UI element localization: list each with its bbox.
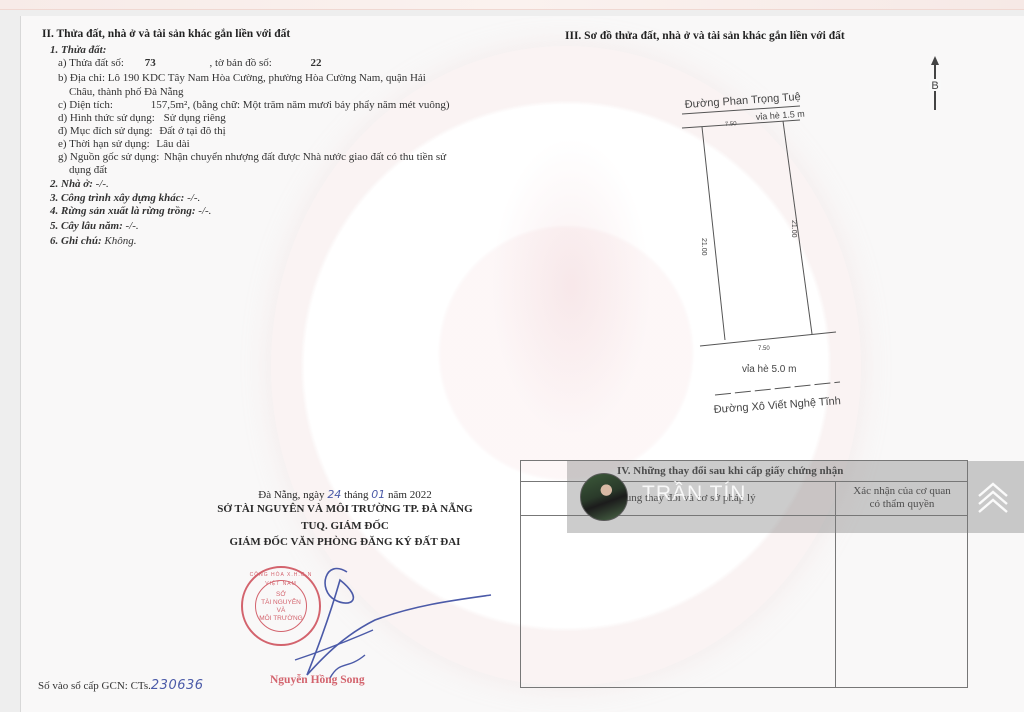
dim-right-label: 21.00 bbox=[790, 220, 797, 238]
term-label: e) Thời hạn sử dụng: bbox=[58, 138, 150, 150]
note-value: Không. bbox=[104, 235, 136, 247]
perennial-row: 5. Cây lâu năm: -/-. bbox=[50, 220, 139, 232]
term-row: e) Thời hạn sử dụng: Lâu dài bbox=[58, 138, 190, 150]
house-label: 2. Nhà ở: bbox=[50, 178, 93, 190]
other-construction-row: 3. Công trình xây dựng khác: -/-. bbox=[50, 192, 200, 204]
land-heading: 1. Thửa đất: bbox=[50, 44, 106, 56]
land-plot-diagram: Đường Phan Trọng Tuệ vỉa hè 1.5 m 7.50 2… bbox=[640, 70, 1000, 430]
top-edge-strip bbox=[0, 0, 1024, 10]
date-month: 01 bbox=[371, 488, 385, 501]
house-row: 2. Nhà ở: -/-. bbox=[50, 178, 109, 190]
forest-label: 4. Rừng sản xuất là rừng trồng: bbox=[50, 205, 196, 217]
address-line-1: Lô 190 KDC Tây Nam Hòa Cường, phường Hòa… bbox=[108, 72, 426, 84]
address-row: b) Địa chỉ: Lô 190 KDC Tây Nam Hòa Cường… bbox=[58, 72, 426, 84]
sidewalk-bottom-label: vỉa hè 5.0 m bbox=[742, 363, 796, 375]
profile-avatar-icon[interactable] bbox=[580, 473, 628, 521]
on-behalf: TUQ. GIÁM ĐỐC bbox=[190, 520, 500, 532]
map-sheet-label: , tờ bản đồ số: bbox=[209, 57, 271, 69]
brand-watermark: TRẦN TÍN bbox=[642, 482, 746, 506]
issuing-agency: SỞ TÀI NGUYÊN VÀ MÔI TRƯỜNG TP. ĐÀ NẴNG bbox=[190, 503, 500, 515]
parcel-value: 73 bbox=[127, 57, 207, 69]
map-sheet-value: 22 bbox=[275, 57, 322, 69]
area-label: c) Diện tích: bbox=[58, 99, 148, 111]
registry-number: 230636 bbox=[151, 678, 204, 693]
origin-row: g) Nguồn gốc sử dụng: Nhận chuyển nhượng… bbox=[58, 151, 446, 163]
area-value: 157,5m², (bằng chữ: Một trăm năm mươi bả… bbox=[151, 99, 450, 111]
purpose-label: đ) Mục đích sử dụng: bbox=[58, 125, 153, 137]
origin-line-1: Nhận chuyển nhượng đất được Nhà nước gia… bbox=[162, 151, 446, 163]
section-3-title: III. Sơ đồ thửa đất, nhà ở và tài sản kh… bbox=[565, 30, 845, 42]
other-construction-value: -/-. bbox=[187, 192, 200, 204]
parcel-row: a) Thửa đất số: 73 , tờ bản đồ số: 22 bbox=[58, 57, 322, 69]
perennial-value: -/-. bbox=[125, 220, 138, 232]
signature-date: Đà Nẵng, ngày 24 tháng 01 năm 2022 bbox=[190, 488, 500, 501]
dim-bottom-label: 7.50 bbox=[758, 346, 770, 352]
dim-left-label: 21.00 bbox=[700, 238, 707, 256]
address-line-2: Châu, thành phố Đà Nẵng bbox=[69, 86, 184, 98]
date-day: 24 bbox=[327, 488, 341, 501]
date-year: năm 2022 bbox=[388, 489, 432, 501]
forest-row: 4. Rừng sản xuất là rừng trồng: -/-. bbox=[50, 205, 211, 217]
origin-label: g) Nguồn gốc sử dụng: bbox=[58, 151, 159, 163]
date-prefix: Đà Nẵng, ngày bbox=[258, 489, 324, 501]
note-label: 6. Ghi chú: bbox=[50, 235, 102, 247]
watermark-star bbox=[491, 136, 651, 436]
term-value: Lâu dài bbox=[152, 138, 189, 150]
purpose-value: Đất ở tại đô thị bbox=[155, 125, 225, 137]
usage-form-label: d) Hình thức sử dụng: bbox=[58, 112, 155, 124]
parcel-label: a) Thửa đất số: bbox=[58, 57, 124, 69]
usage-form-row: d) Hình thức sử dụng: Sử dụng riêng bbox=[58, 112, 226, 124]
note-row: 6. Ghi chú: Không. bbox=[50, 235, 137, 247]
forest-value: -/-. bbox=[198, 205, 211, 217]
purpose-row: đ) Mục đích sử dụng: Đất ở tại đô thị bbox=[58, 125, 226, 137]
signer-position: GIÁM ĐỐC VĂN PHÒNG ĐĂNG KÝ ĐẤT ĐAI bbox=[190, 536, 500, 548]
other-construction-label: 3. Công trình xây dựng khác: bbox=[50, 192, 184, 204]
section-2-title: II. Thửa đất, nhà ở và tài sản khác gắn … bbox=[42, 28, 290, 40]
perennial-label: 5. Cây lâu năm: bbox=[50, 220, 123, 232]
usage-form-value: Sử dụng riêng bbox=[158, 112, 226, 124]
chevron-stack-logo-icon bbox=[975, 478, 1011, 518]
road-top-label: Đường Phan Trọng Tuệ bbox=[684, 91, 801, 111]
registry-label: Số vào sổ cấp GCN: CTs. bbox=[38, 680, 151, 692]
signer-name: Nguyễn Hồng Song bbox=[270, 674, 365, 686]
registry-number-row: Số vào sổ cấp GCN: CTs.230636 bbox=[38, 678, 204, 693]
area-row: c) Diện tích: 157,5m², (bằng chữ: Một tr… bbox=[58, 99, 450, 111]
origin-line-2: dụng đất bbox=[69, 164, 107, 176]
road-bottom-label: Đường Xô Viết Nghệ Tĩnh bbox=[713, 395, 841, 416]
handwritten-signature bbox=[255, 560, 495, 690]
address-label: b) Địa chỉ: bbox=[58, 72, 105, 84]
date-month-label: tháng bbox=[344, 489, 368, 501]
house-value: -/-. bbox=[96, 178, 109, 190]
watermark-banner bbox=[567, 461, 1024, 533]
